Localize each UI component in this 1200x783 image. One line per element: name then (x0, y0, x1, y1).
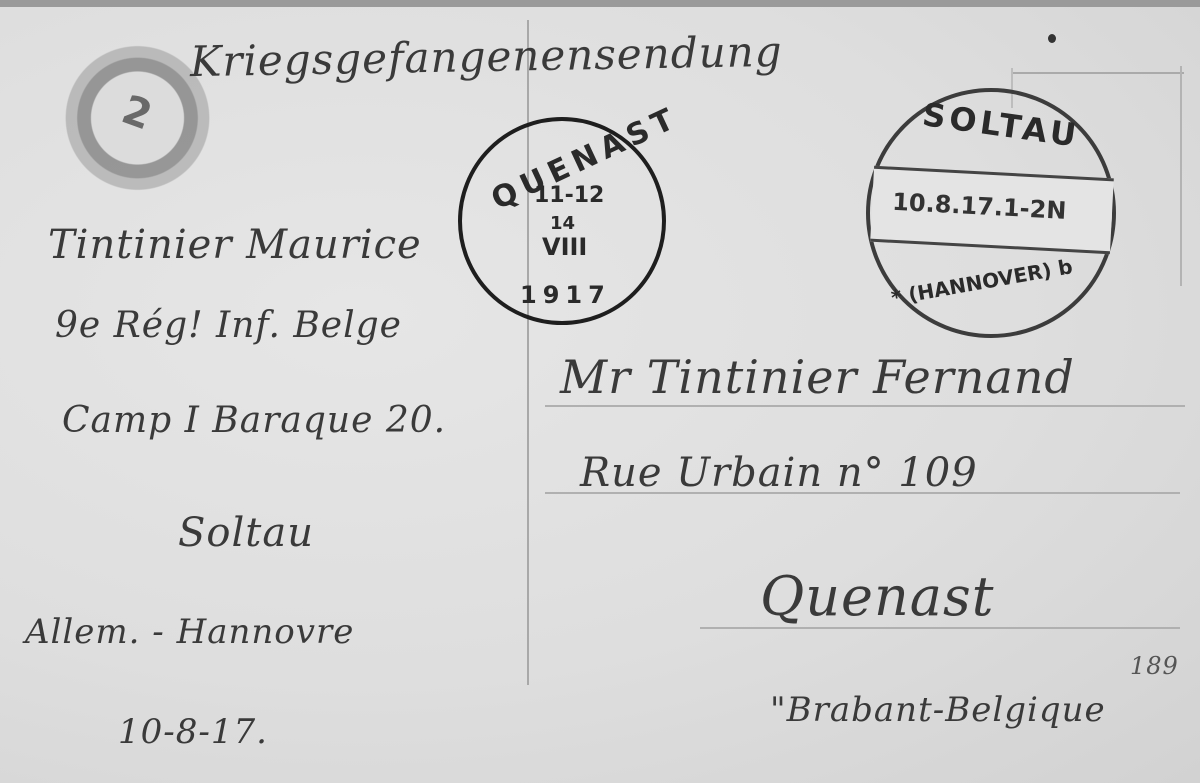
recipient-city: Quenast (760, 565, 994, 628)
ink-dot (1048, 34, 1056, 43)
postmark-soltau-date-bar: 10.8.17.1-2N (870, 166, 1114, 254)
address-line-1 (545, 405, 1185, 407)
sender-city: Soltau (178, 510, 314, 556)
sender-unit: 9e Rég! Inf. Belge (55, 305, 402, 346)
postmark-soltau: SOLTAU 10.8.17.1-2N * (HANNOVER) b (866, 88, 1116, 338)
postmark-quenast-year: 1917 (520, 281, 611, 309)
sender-name: Tintinier Maurice (48, 222, 422, 268)
postmark-soltau-date: 10.8.17.1-2N (892, 188, 1068, 225)
recipient-region: "Brabant-Belgique (770, 690, 1106, 730)
postmark-quenast-time: 11-12 (534, 183, 604, 208)
postmark-quenast: QUENAST 11-12 14 VIII 1917 (458, 117, 666, 325)
header-kriegsgefangenensendung: Kriegsgefangenensendung (190, 27, 783, 86)
sender-camp: Camp I Baraque 20. (62, 400, 446, 441)
stamp-box-top-line (1012, 72, 1184, 74)
recipient-pencil-note: 189 (1130, 652, 1179, 680)
postmark-soltau-town: SOLTAU (920, 95, 1082, 155)
card-top-edge (0, 0, 1200, 7)
censor-stamp-glyph: 2 (116, 87, 158, 140)
sender-region: Allem. - Hannovre (25, 612, 354, 652)
center-divider (527, 20, 529, 685)
recipient-name: Mr Tintinier Fernand (560, 350, 1075, 404)
postmark-quenast-month: VIII (542, 233, 587, 261)
sender-date: 10-8-17. (118, 712, 268, 752)
stamp-box-right-line (1180, 66, 1182, 286)
recipient-street: Rue Urbain n° 109 (580, 450, 978, 496)
postcard: 2 Kriegsgefangenensendung Tintinier Maur… (0, 0, 1200, 783)
postmark-quenast-day: 14 (550, 213, 575, 234)
postmark-soltau-bottom: * (HANNOVER) b (889, 254, 1074, 310)
